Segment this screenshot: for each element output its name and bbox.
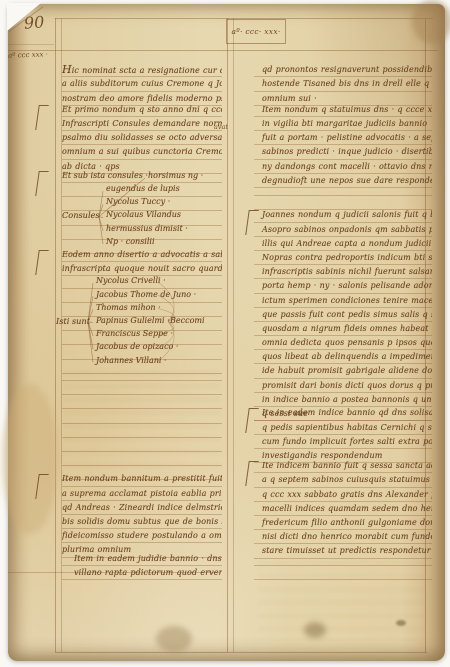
text-line: Nopras contra pedroportis indicum bti sa… — [254, 251, 432, 265]
text-line: fredericum filio anthonii gulgoniame dom… — [254, 516, 432, 530]
text-line: promisit dari bonis dicti quos dorus q p… — [254, 379, 432, 393]
text-line: Joannes nondum q judicii salonis fuit q … — [254, 208, 432, 222]
text-line: bis solidis domu subtus que de bonis sui… — [62, 515, 222, 529]
text-line: porta hemp · ny · salonis pelisande adon… — [254, 279, 432, 293]
tree-item: horsimus ng · — [148, 169, 203, 182]
tree-item: Franciscus Seppe · — [96, 327, 173, 340]
text-line: ide habuit promisit gabrigale alidene do… — [254, 364, 432, 378]
folio-number: 90 — [23, 13, 45, 32]
text-line: psalmo diu solidasses se octo adversario… — [62, 131, 222, 145]
text-line: Et primo nondum q sto anno dni q ccc xxx — [62, 103, 222, 117]
ruling-line-vertical — [55, 18, 56, 652]
tree-item: Johannes Villani · — [96, 354, 167, 367]
ruling-line-vertical — [233, 18, 234, 652]
stain — [2, 384, 58, 534]
text-line: q ccc xxx sabbato gratis dns Alexander p… — [254, 488, 432, 502]
text-line: villano rapta pdictorum quod ervere · q … — [62, 566, 222, 580]
running-header: aº· ccc· xxx· — [231, 27, 280, 36]
text-line: in vigilia bti margaritae judiciis banni… — [254, 117, 432, 131]
ruled-blank-line — [62, 381, 222, 395]
tree-anchor-label: Consules — [62, 209, 100, 222]
stain — [156, 626, 192, 652]
text-line: ictum sperimen condiciones tenire macell… — [254, 294, 432, 308]
ruling-line-vertical — [227, 18, 228, 652]
ruled-blank-line — [254, 552, 432, 566]
blank-ruled-block — [254, 182, 432, 210]
text-line: omnium a sui quibus cunctoria Cremone in… — [62, 145, 222, 159]
paragraph-mark-icon — [35, 250, 49, 275]
name-tree: Et sub ista consules ·horsimus ng ·eugen… — [62, 169, 222, 254]
text-line: Ite indicem bannio fuit q sessa sancta a… — [254, 459, 432, 473]
tree-item: Papinus Gulielmi · — [96, 314, 170, 327]
ruled-blank-line — [254, 182, 432, 196]
text-block: Item nondum bannitum a prestitit fuit pb… — [62, 472, 222, 557]
tree-side-label: Beccomi — [170, 314, 205, 327]
manuscript-photo: 90 aº· ccc· xxx· aº ccc xxx · avat Hic n… — [0, 0, 450, 667]
text-line: Item in eadem judidie bannio · dns · pro… — [62, 552, 222, 566]
text-line: nisi dicti dno henrico morabit cum fundo… — [254, 530, 432, 544]
text-line: Infrascripti Consules demandare norma Bo… — [62, 117, 222, 131]
text-line: Ite in eadem indice bannio qd dns solisa… — [254, 406, 432, 420]
ruled-blank-line — [62, 424, 222, 438]
tree-item: Nycolaus Vilandus — [106, 208, 181, 221]
stain — [412, 0, 450, 44]
paragraph-mark-icon — [35, 105, 49, 130]
text-line: hostende Tisaned bis dns in drell elle q… — [254, 77, 432, 91]
text-line: quosdam a nigrum fideis omnes habeat pre… — [254, 322, 432, 336]
tree-item: Nycolus Tuccy · — [106, 195, 170, 208]
tree-item: Thomas mihon · — [96, 301, 161, 314]
text-line: sabinos predicti · inque judicio · diser… — [254, 145, 432, 159]
corner-crease — [8, 44, 54, 45]
ruled-blank-line — [62, 452, 222, 466]
tree-item: eugendus de lupis — [106, 182, 180, 195]
blank-ruled-block — [62, 367, 222, 481]
text-line: quos libeat ab delinquendis a impediment… — [254, 350, 432, 364]
text-block: Ite in eadem indice bannio qd dns solisa… — [254, 406, 432, 463]
text-block: qd pronontos resignaverunt possidendibus… — [254, 63, 432, 106]
text-line: qd pronontos resignaverunt possidendibus… — [254, 63, 432, 77]
text-line: Item nondum bannitum a prestitit fuit pb… — [62, 472, 222, 486]
parchment-page: 90 aº· ccc· xxx· aº ccc xxx · avat Hic n… — [8, 4, 445, 661]
text-block: Item nondum q statuimus dns · q ccce xxx… — [254, 103, 432, 188]
ruled-blank-line — [254, 566, 432, 580]
tree-item: Np · consilii — [106, 235, 155, 248]
text-line: omnia dedicta quos pensanis p ipsos quos… — [254, 336, 432, 350]
text-line: Eodem anno disertio a advocatis a salari… — [62, 248, 222, 262]
text-line: macelli indices quamdam sedem dno henric… — [254, 502, 432, 516]
text-line: Asopro sabinos onpadonis qm sabbatis p n… — [254, 223, 432, 237]
tree-item: Jacobus Thome de Juno · — [96, 288, 196, 301]
ruled-blank-line — [62, 395, 222, 409]
text-line: a q septem sabinos cuiusquis statuimus d… — [254, 473, 432, 487]
text-line: illis qui Andreae capta a nondum judicii… — [254, 237, 432, 251]
text-block: Et primo nondum q sto anno dni q ccc xxx… — [62, 103, 222, 174]
text-line: a suprema acclamat pistoia eablia prima … — [62, 487, 222, 501]
text-block: Hic nominat scta a resignatione cur domi… — [62, 63, 222, 106]
paragraph-mark-icon — [35, 171, 49, 196]
text-line: a aliis subditorum cuius Cremone q Johes — [62, 77, 222, 91]
text-line: Hic nominat scta a resignatione cur domi… — [62, 63, 222, 77]
blank-ruled-block — [254, 552, 432, 580]
tree-item: Jacobus de opizaco · — [96, 340, 178, 353]
running-header-box: aº· ccc· xxx· — [226, 19, 286, 44]
ruling-line — [8, 50, 438, 51]
tree-item: hermussius dimisit · — [106, 222, 188, 235]
text-block: Item in eadem judidie bannio · dns · pro… — [62, 552, 222, 580]
text-block: Eodem anno disertio a advocatis a salari… — [62, 248, 222, 276]
ruled-blank-line — [62, 409, 222, 423]
ruled-blank-line — [62, 438, 222, 452]
text-line: infrascriptis sabinis nichil fuerunt sal… — [254, 265, 432, 279]
ruled-blank-line — [62, 367, 222, 381]
text-line: q pedis sapientibus habitas Cernichi q s… — [254, 421, 432, 435]
text-line: Item nondum q statuimus dns · q ccce xxx… — [254, 103, 432, 117]
text-line: fideicomisso studere postulando a omnibu… — [62, 529, 222, 543]
text-line: ny dandongs cont macelli · ottavio dns n… — [254, 160, 432, 174]
tree-header: Et sub ista consules · — [62, 169, 148, 182]
tree-anchor-label: Isti sunt — [56, 315, 90, 328]
text-line: cum fundo implicuit fortes salti extra p… — [254, 435, 432, 449]
text-line: que passis fuit cont pedis simus salis q… — [254, 308, 432, 322]
tree-item: Nycolus Crivelli · — [96, 274, 166, 287]
ruling-line — [55, 652, 427, 653]
text-line: qd Andreas · Zineardi indice delmstricol… — [62, 501, 222, 515]
text-line: fuit a portam · pelistine advocatis · a … — [254, 131, 432, 145]
text-block: Ite indicem bannio fuit q sessa sancta a… — [254, 459, 432, 558]
margin-year-note: aº ccc xxx · — [8, 50, 48, 59]
name-tree: Nycolus Crivelli ·Jacobus Thome de Juno … — [62, 274, 222, 373]
text-block: Joannes nondum q judicii salonis fuit q … — [254, 208, 432, 421]
text-line: in indice bannio a postea bannonis q uni… — [254, 393, 432, 407]
